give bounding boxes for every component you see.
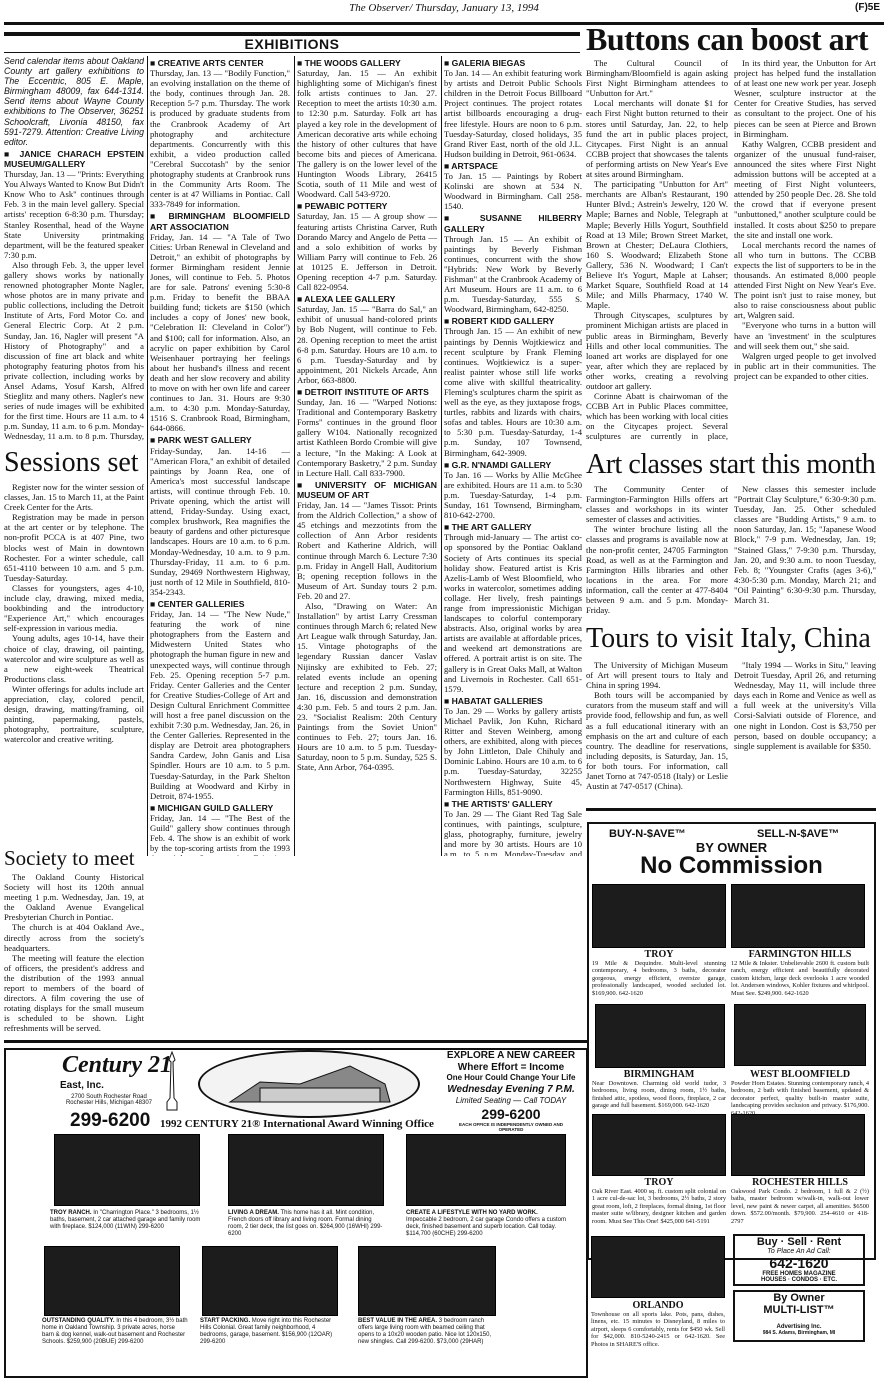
paragraph: Through Cityscapes, sculptures by promin… bbox=[586, 310, 728, 391]
listing-city: FARMINGTON HILLS bbox=[731, 949, 869, 960]
listing-city: TROY bbox=[592, 949, 726, 960]
listing-text: Friday, Jan. 14 — "James Tissot: Prints … bbox=[297, 500, 437, 601]
ad-rule bbox=[586, 808, 876, 811]
listing-city: BIRMINGHAM bbox=[592, 1069, 726, 1080]
house-photo bbox=[731, 1114, 865, 1176]
house-photo bbox=[731, 884, 865, 948]
listing-phone: 642-1620 bbox=[685, 1102, 709, 1109]
career-line2: Where Effort = Income bbox=[436, 1062, 586, 1073]
listing-text: Saturday, Jan. 15 — A group show — featu… bbox=[297, 211, 437, 292]
career-line4: Wednesday Evening 7 P.M. bbox=[436, 1084, 586, 1095]
exhibitions-col-2: Creative Arts Center Thursday, Jan. 13 —… bbox=[150, 56, 290, 856]
listing-text: To Jan. 29 — The Giant Red Tag Sale cont… bbox=[444, 809, 582, 856]
box-line: Buy · Sell · Rent bbox=[735, 1236, 863, 1248]
heading-underline bbox=[4, 52, 580, 53]
career-line1: EXPLORE A NEW CAREER bbox=[436, 1050, 586, 1061]
house-photo bbox=[202, 1246, 338, 1316]
listing-city: TROY bbox=[592, 1177, 726, 1188]
listing-title: OUTSTANDING QUALITY. bbox=[42, 1318, 115, 1324]
society-article: The Oakland County Historical Society wi… bbox=[4, 872, 144, 1032]
paragraph: Local merchants will donate $1 for each … bbox=[586, 98, 728, 179]
no-commission-headline: No Commission bbox=[589, 852, 874, 880]
box-phone[interactable]: 642-1620 bbox=[735, 1255, 863, 1271]
venue-heading: The Woods Gallery bbox=[297, 58, 437, 68]
listing-caption: TROYOak River East. 4000 sq. ft. custom … bbox=[592, 1177, 726, 1225]
buy-n-save-ad: BUY-N-$AVE™ SELL-N-$AVE™ BY OWNER No Com… bbox=[587, 822, 876, 1260]
listing-caption: TROY RANCH. In "Charrington Place." 3 be… bbox=[50, 1210, 202, 1231]
listing-phone: 642-1620 bbox=[619, 990, 643, 997]
listing-text: Friday, Jan. 14 — "The Best of the Guild… bbox=[150, 813, 290, 856]
listing-caption: ORLANDOTownhouse on all sports lake. Pot… bbox=[591, 1300, 725, 1348]
venue-heading: Robert Kidd Gallery bbox=[444, 316, 582, 326]
listing-title: TROY RANCH. bbox=[50, 1210, 92, 1216]
listing-title: CREATE A LIFESTYLE WITH NO YARD WORK. bbox=[406, 1210, 538, 1216]
career-note: EACH OFFICE IS INDEPENDENTLY OWNED AND O… bbox=[458, 1122, 564, 1132]
paragraph: Kathy Walgren, CCBB president and organi… bbox=[734, 139, 876, 240]
listing-caption: WEST BLOOMFIELDPowder Horn Estates. Stun… bbox=[731, 1069, 869, 1117]
venue-heading: Birmingham Bloomfield Art Association bbox=[150, 211, 290, 231]
paragraph: The meeting will feature the election of… bbox=[4, 953, 144, 1032]
venue-heading: Alexa Lee Gallery bbox=[297, 294, 437, 304]
column-rule bbox=[147, 56, 148, 856]
listing-text: Through mid-January — The artist co-op s… bbox=[444, 532, 582, 694]
listing-text: Saturday, Jan. 15 — An exhibit highlight… bbox=[297, 68, 437, 199]
paragraph: The University of Michigan Museum of Art… bbox=[586, 660, 728, 690]
buttons-col-2: In its third year, the Unbutton for Art … bbox=[734, 58, 876, 442]
listing-caption: FARMINGTON HILLS12 Mile & Inkster. Unbel… bbox=[731, 949, 869, 997]
paragraph: The church is at 404 Oakland Ave., direc… bbox=[4, 922, 144, 952]
venue-heading: Creative Arts Center bbox=[150, 58, 290, 68]
venue-heading: G.R. N'Namdi Gallery bbox=[444, 460, 582, 470]
career-line5: Limited Seating — Call TODAY bbox=[436, 1096, 586, 1105]
house-photo bbox=[44, 1246, 180, 1316]
exhibitions-col-1: Send calendar items about Oakland County… bbox=[4, 56, 144, 444]
venue-heading: Center Galleries bbox=[150, 599, 290, 609]
listing-text: Also, "Drawing on Water: An Installation… bbox=[297, 601, 437, 773]
tours-col-1: The University of Michigan Museum of Art… bbox=[586, 660, 728, 794]
house-photo bbox=[734, 1004, 866, 1066]
page-code: (F)5E bbox=[855, 2, 880, 13]
listing-caption: BIRMINGHAMNear Downtown. Charming old wo… bbox=[592, 1069, 726, 1110]
listing-text: 19 Mile & Dequindre. Multi-level stunnin… bbox=[592, 960, 726, 997]
paragraph: The Oakland County Historical Society wi… bbox=[4, 872, 144, 922]
listing-text: Impeccable 2 bedroom, 2 car garage Condo… bbox=[406, 1217, 566, 1237]
listing-text: Through Jan. 15 — An exhibit of new pain… bbox=[444, 326, 582, 457]
listing-text: Also through Feb. 3, the upper level gal… bbox=[4, 260, 144, 444]
tours-col-2: "Italy 1994 — Works in Situ," leaving De… bbox=[734, 660, 876, 794]
paragraph: The winter brochure listing all the clas… bbox=[586, 524, 728, 615]
listing-caption: LIVING A DREAM. This home has it all. Mi… bbox=[228, 1210, 384, 1238]
paragraph: Walgren urged people to get involved in … bbox=[734, 351, 876, 381]
paragraph: In its third year, the Unbutton for Art … bbox=[734, 58, 876, 139]
box-line: By Owner bbox=[735, 1292, 863, 1304]
listing-title: START PACKING. bbox=[200, 1318, 250, 1324]
column-rule bbox=[294, 56, 295, 856]
tours-headline: Tours to visit Italy, China bbox=[586, 624, 882, 654]
paragraph: Winter offerings for adults include art … bbox=[4, 684, 144, 744]
listing-text: Friday, Jan. 14 — "The New Nude," featur… bbox=[150, 609, 290, 801]
classes-headline: Art classes start this month bbox=[586, 450, 882, 480]
venue-heading: Detroit Institute of Arts bbox=[297, 387, 437, 397]
listing-text: Thursday, Jan. 13 — "Prints: Everything … bbox=[4, 169, 144, 260]
listing-text: To Jan. 29 — Works by gallery artists Mi… bbox=[444, 706, 582, 797]
box-line: 984 S. Adams, Birmingham, MI bbox=[735, 1330, 863, 1336]
venue-heading: The Artists' Gallery bbox=[444, 799, 582, 809]
listing-text: Powder Horn Estates. Stunning contempora… bbox=[731, 1080, 869, 1109]
listing-text: Saturday, Jan. 15 — "Barra do Sal," an e… bbox=[297, 304, 437, 385]
paragraph: The Community Center of Farmington-Farmi… bbox=[586, 484, 728, 524]
exhibitions-intro: Send calendar items about Oakland County… bbox=[4, 56, 144, 147]
listing-caption: OUTSTANDING QUALITY. In this 4 bedroom, … bbox=[42, 1318, 188, 1346]
paragraph: "Everyone who turns in a button will hav… bbox=[734, 320, 876, 350]
listing-text: Sunday, Jan. 16 — "Warped Notions: Tradi… bbox=[297, 397, 437, 478]
venue-heading: Park West Gallery bbox=[150, 435, 290, 445]
classes-col-1: The Community Center of Farmington-Farmi… bbox=[586, 484, 728, 618]
listing-city: ORLANDO bbox=[591, 1300, 725, 1311]
paragraph: Register now for the winter session of c… bbox=[4, 482, 144, 512]
page-folio: The Observer/ Thursday, January 13, 1994… bbox=[0, 2, 888, 18]
house-photo bbox=[358, 1246, 496, 1316]
venue-heading: The Art Gallery bbox=[444, 522, 582, 532]
paragraph: Registration may be made in person at th… bbox=[4, 512, 144, 583]
listing-phone: 642-1620 bbox=[785, 990, 809, 997]
paragraph: "Italy 1994 — Works in Situ," leaving De… bbox=[734, 660, 876, 751]
career-line3: One Hour Could Change Your Life bbox=[436, 1073, 586, 1082]
buttons-col-1: The Cultural Council of Birmingham/Bloom… bbox=[586, 58, 728, 442]
house-photo bbox=[595, 1004, 725, 1068]
office-address: 2700 South Rochester Road Rochester Hill… bbox=[54, 1094, 164, 1106]
paragraph: Corinne Abatt is chairwoman of the CCBB … bbox=[586, 391, 728, 442]
paragraph: New classes this semester include "Portr… bbox=[734, 484, 876, 605]
century21-ad: Century 21 East, Inc. 2700 South Rochest… bbox=[4, 1048, 588, 1378]
listing-caption: START PACKING. Move right into this Roch… bbox=[200, 1318, 344, 1346]
listing-text: Townhouse on all sports lake. Pots, pans… bbox=[591, 1311, 725, 1348]
paragraph: Both tours will be accompanied by curato… bbox=[586, 690, 728, 791]
paragraph: Classes for youngsters, ages 4-10, inclu… bbox=[4, 583, 144, 633]
award-line: 1992 CENTURY 21® International Award Win… bbox=[160, 1118, 434, 1130]
venue-heading: Habatat Galleries bbox=[444, 696, 582, 706]
venue-heading: University of Michigan Museum of Art bbox=[297, 480, 437, 500]
house-photo bbox=[591, 1236, 725, 1298]
masthead-title: The Observer/ Thursday, January 13, 1994 bbox=[349, 2, 539, 14]
house-photo bbox=[592, 1114, 726, 1176]
paragraph: Local merchants record the names of all … bbox=[734, 240, 876, 321]
exhibitions-col-4: Galeria Biegas To Jan. 14 — An exhibit f… bbox=[444, 56, 582, 856]
listing-text: Friday-Sunday, Jan. 14-16 — "American Fl… bbox=[150, 446, 290, 597]
listing-text: Thursday, Jan. 13 — "Bodily Function," a… bbox=[150, 68, 290, 209]
column-rule bbox=[441, 56, 442, 856]
office-illustration bbox=[198, 1050, 420, 1118]
multi-list-box: By Owner MULTI-LIST™ Advertising Inc. 98… bbox=[733, 1290, 865, 1342]
listing-caption: ROCHESTER HILLSOakwood Park Condo. 2 bed… bbox=[731, 1177, 869, 1225]
exhibitions-col-3: The Woods Gallery Saturday, Jan. 15 — An… bbox=[297, 56, 437, 856]
office-phone: 299-6200 bbox=[70, 1110, 150, 1132]
listing-text: To Jan. 14 — An exhibit featuring work b… bbox=[444, 68, 582, 159]
listing-title: BEST VALUE IN THE AREA. bbox=[358, 1318, 437, 1324]
listing-text: To Jan. 15 — Paintings by Robert Kolinsk… bbox=[444, 171, 582, 211]
listing-caption: BEST VALUE IN THE AREA. 3 bedroom ranch … bbox=[358, 1318, 498, 1346]
address-line: Rochester Hills, Michigan 48307 bbox=[54, 1100, 164, 1106]
box-line: To Place An Ad Call: bbox=[735, 1248, 863, 1255]
society-headline: Society to meet bbox=[4, 846, 144, 870]
house-photo bbox=[406, 1134, 566, 1206]
listing-title: LIVING A DREAM. bbox=[228, 1210, 279, 1216]
listing-text: Oak River East. 4000 sq. ft. custom spli… bbox=[592, 1188, 726, 1225]
buy-n-save-tag: BUY-N-$AVE™ bbox=[609, 828, 686, 840]
listing-text: Friday, Jan. 14 — "A Tale of Two Cities:… bbox=[150, 232, 290, 434]
house-photo bbox=[228, 1134, 384, 1206]
ad-rule bbox=[4, 1040, 588, 1043]
listing-city: WEST BLOOMFIELD bbox=[731, 1069, 869, 1080]
box-line: MULTI-LIST™ bbox=[735, 1304, 863, 1316]
house-photo bbox=[592, 884, 726, 948]
box-line: HOUSES · CONDOS · ETC. bbox=[735, 1277, 863, 1283]
venue-heading: Artspace bbox=[444, 161, 582, 171]
buttons-headline: Buttons can boost art bbox=[586, 22, 882, 56]
sessions-article: Register now for the winter session of c… bbox=[4, 482, 144, 744]
listing-caption: TROY19 Mile & Dequindre. Multi-level stu… bbox=[592, 949, 726, 997]
paragraph: The Cultural Council of Birmingham/Bloom… bbox=[586, 58, 728, 98]
career-phone: 299-6200 bbox=[436, 1106, 586, 1122]
venue-heading: Janice Charach Epstein Museum/Gallery bbox=[4, 149, 144, 169]
place-ad-box: Buy · Sell · Rent To Place An Ad Call: 6… bbox=[733, 1234, 865, 1286]
classes-col-2: New classes this semester include "Portr… bbox=[734, 484, 876, 618]
venue-heading: Galeria Biegas bbox=[444, 58, 582, 68]
listing-text: To Jan. 16 — Works by Allie McGhee are e… bbox=[444, 470, 582, 520]
listing-caption: CREATE A LIFESTYLE WITH NO YARD WORK. Im… bbox=[406, 1210, 570, 1238]
venue-heading: Pewabic Pottery bbox=[297, 201, 437, 211]
house-photo bbox=[54, 1134, 200, 1206]
paragraph: The participating "Unbutton for Art" mer… bbox=[586, 179, 728, 310]
sessions-headline: Sessions set bbox=[4, 448, 144, 478]
office-name: East, Inc. bbox=[60, 1080, 104, 1091]
trophy-icon bbox=[166, 1050, 178, 1112]
paragraph: Young adults, ages 10-14, have their cho… bbox=[4, 633, 144, 683]
venue-heading: Susanne Hilberry Gallery bbox=[444, 213, 582, 233]
century21-logo: Century 21 bbox=[62, 1052, 172, 1079]
exhibitions-heading: EXHIBITIONS bbox=[4, 36, 580, 52]
listing-text: Through Jan. 15 — An exhibit of painting… bbox=[444, 234, 582, 315]
sell-n-save-tag: SELL-N-$AVE™ bbox=[757, 828, 839, 840]
venue-heading: Michigan Guild Gallery bbox=[150, 803, 290, 813]
listing-city: ROCHESTER HILLS bbox=[731, 1177, 869, 1188]
